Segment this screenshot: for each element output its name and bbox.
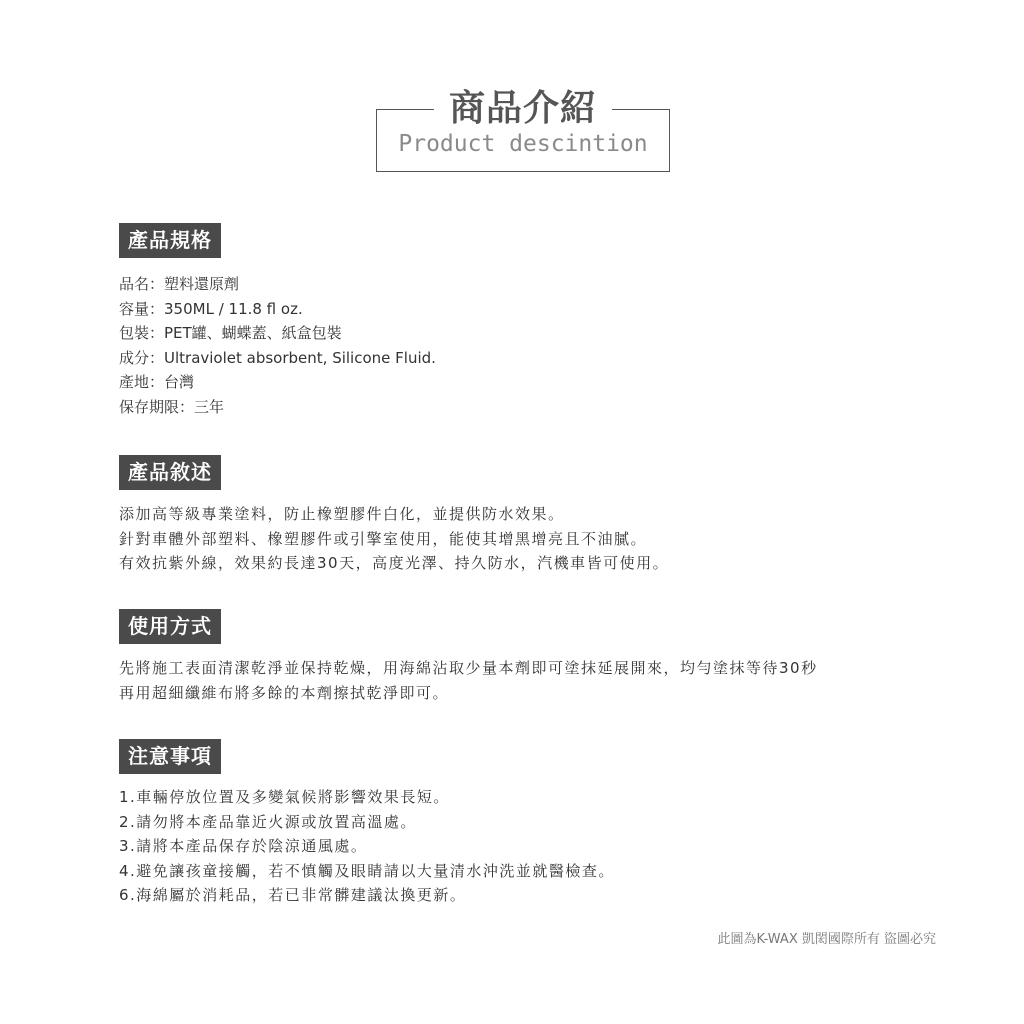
- description-line: 添加高等級專業塗料，防止橡塑膠件白化，並提供防水效果。: [119, 502, 669, 527]
- page-subtitle: Product descintion: [376, 130, 670, 158]
- specs-list: 品名：塑料還原劑 容量：350ML / 11.8 fl oz. 包裝：PET罐、…: [119, 272, 436, 419]
- caution-item: 3.請將本產品保存於陰涼通風處。: [119, 834, 615, 859]
- section-heading-cautions: 注意事項: [119, 739, 221, 774]
- caution-item: 6.海綿屬於消耗品，若已非常髒建議汰換更新。: [119, 883, 615, 908]
- spec-origin: 產地：台灣: [119, 370, 436, 395]
- page-title: 商品介紹: [376, 86, 670, 132]
- section-heading-specs: 產品規格: [119, 223, 221, 258]
- section-heading-usage: 使用方式: [119, 609, 221, 644]
- usage-line: 再用超細纖維布將多餘的本劑擦拭乾淨即可。: [119, 681, 818, 706]
- description-line: 有效抗紫外線，效果約長達30天，高度光澤、持久防水，汽機車皆可使用。: [119, 551, 669, 576]
- copyright-notice: 此圖為K-WAX 凱閎國際所有 盜圖必究: [717, 928, 936, 947]
- spec-volume: 容量：350ML / 11.8 fl oz.: [119, 297, 436, 322]
- caution-item: 1.車輛停放位置及多變氣候將影響效果長短。: [119, 785, 615, 810]
- spec-shelf-life: 保存期限：三年: [119, 395, 436, 420]
- caution-item: 4.避免讓孩童接觸，若不慎觸及眼睛請以大量清水沖洗並就醫檢查。: [119, 859, 615, 884]
- spec-packaging: 包裝：PET罐、蝴蝶蓋、紙盒包裝: [119, 321, 436, 346]
- usage-text: 先將施工表面清潔乾淨並保持乾燥，用海綿沾取少量本劑即可塗抹延展開來，均勻塗抹等待…: [119, 656, 818, 705]
- spec-ingredients: 成分：Ultraviolet absorbent, Silicone Fluid…: [119, 346, 436, 371]
- description-text: 添加高等級專業塗料，防止橡塑膠件白化，並提供防水效果。 針對車體外部塑料、橡塑膠…: [119, 502, 669, 576]
- spec-name: 品名：塑料還原劑: [119, 272, 436, 297]
- description-line: 針對車體外部塑料、橡塑膠件或引擎室使用，能使其增黑增亮且不油膩。: [119, 527, 669, 552]
- caution-item: 2.請勿將本產品靠近火源或放置高溫處。: [119, 810, 615, 835]
- usage-line: 先將施工表面清潔乾淨並保持乾燥，用海綿沾取少量本劑即可塗抹延展開來，均勻塗抹等待…: [119, 656, 818, 681]
- section-heading-description: 產品敘述: [119, 455, 221, 490]
- cautions-list: 1.車輛停放位置及多變氣候將影響效果長短。 2.請勿將本產品靠近火源或放置高溫處…: [119, 785, 615, 908]
